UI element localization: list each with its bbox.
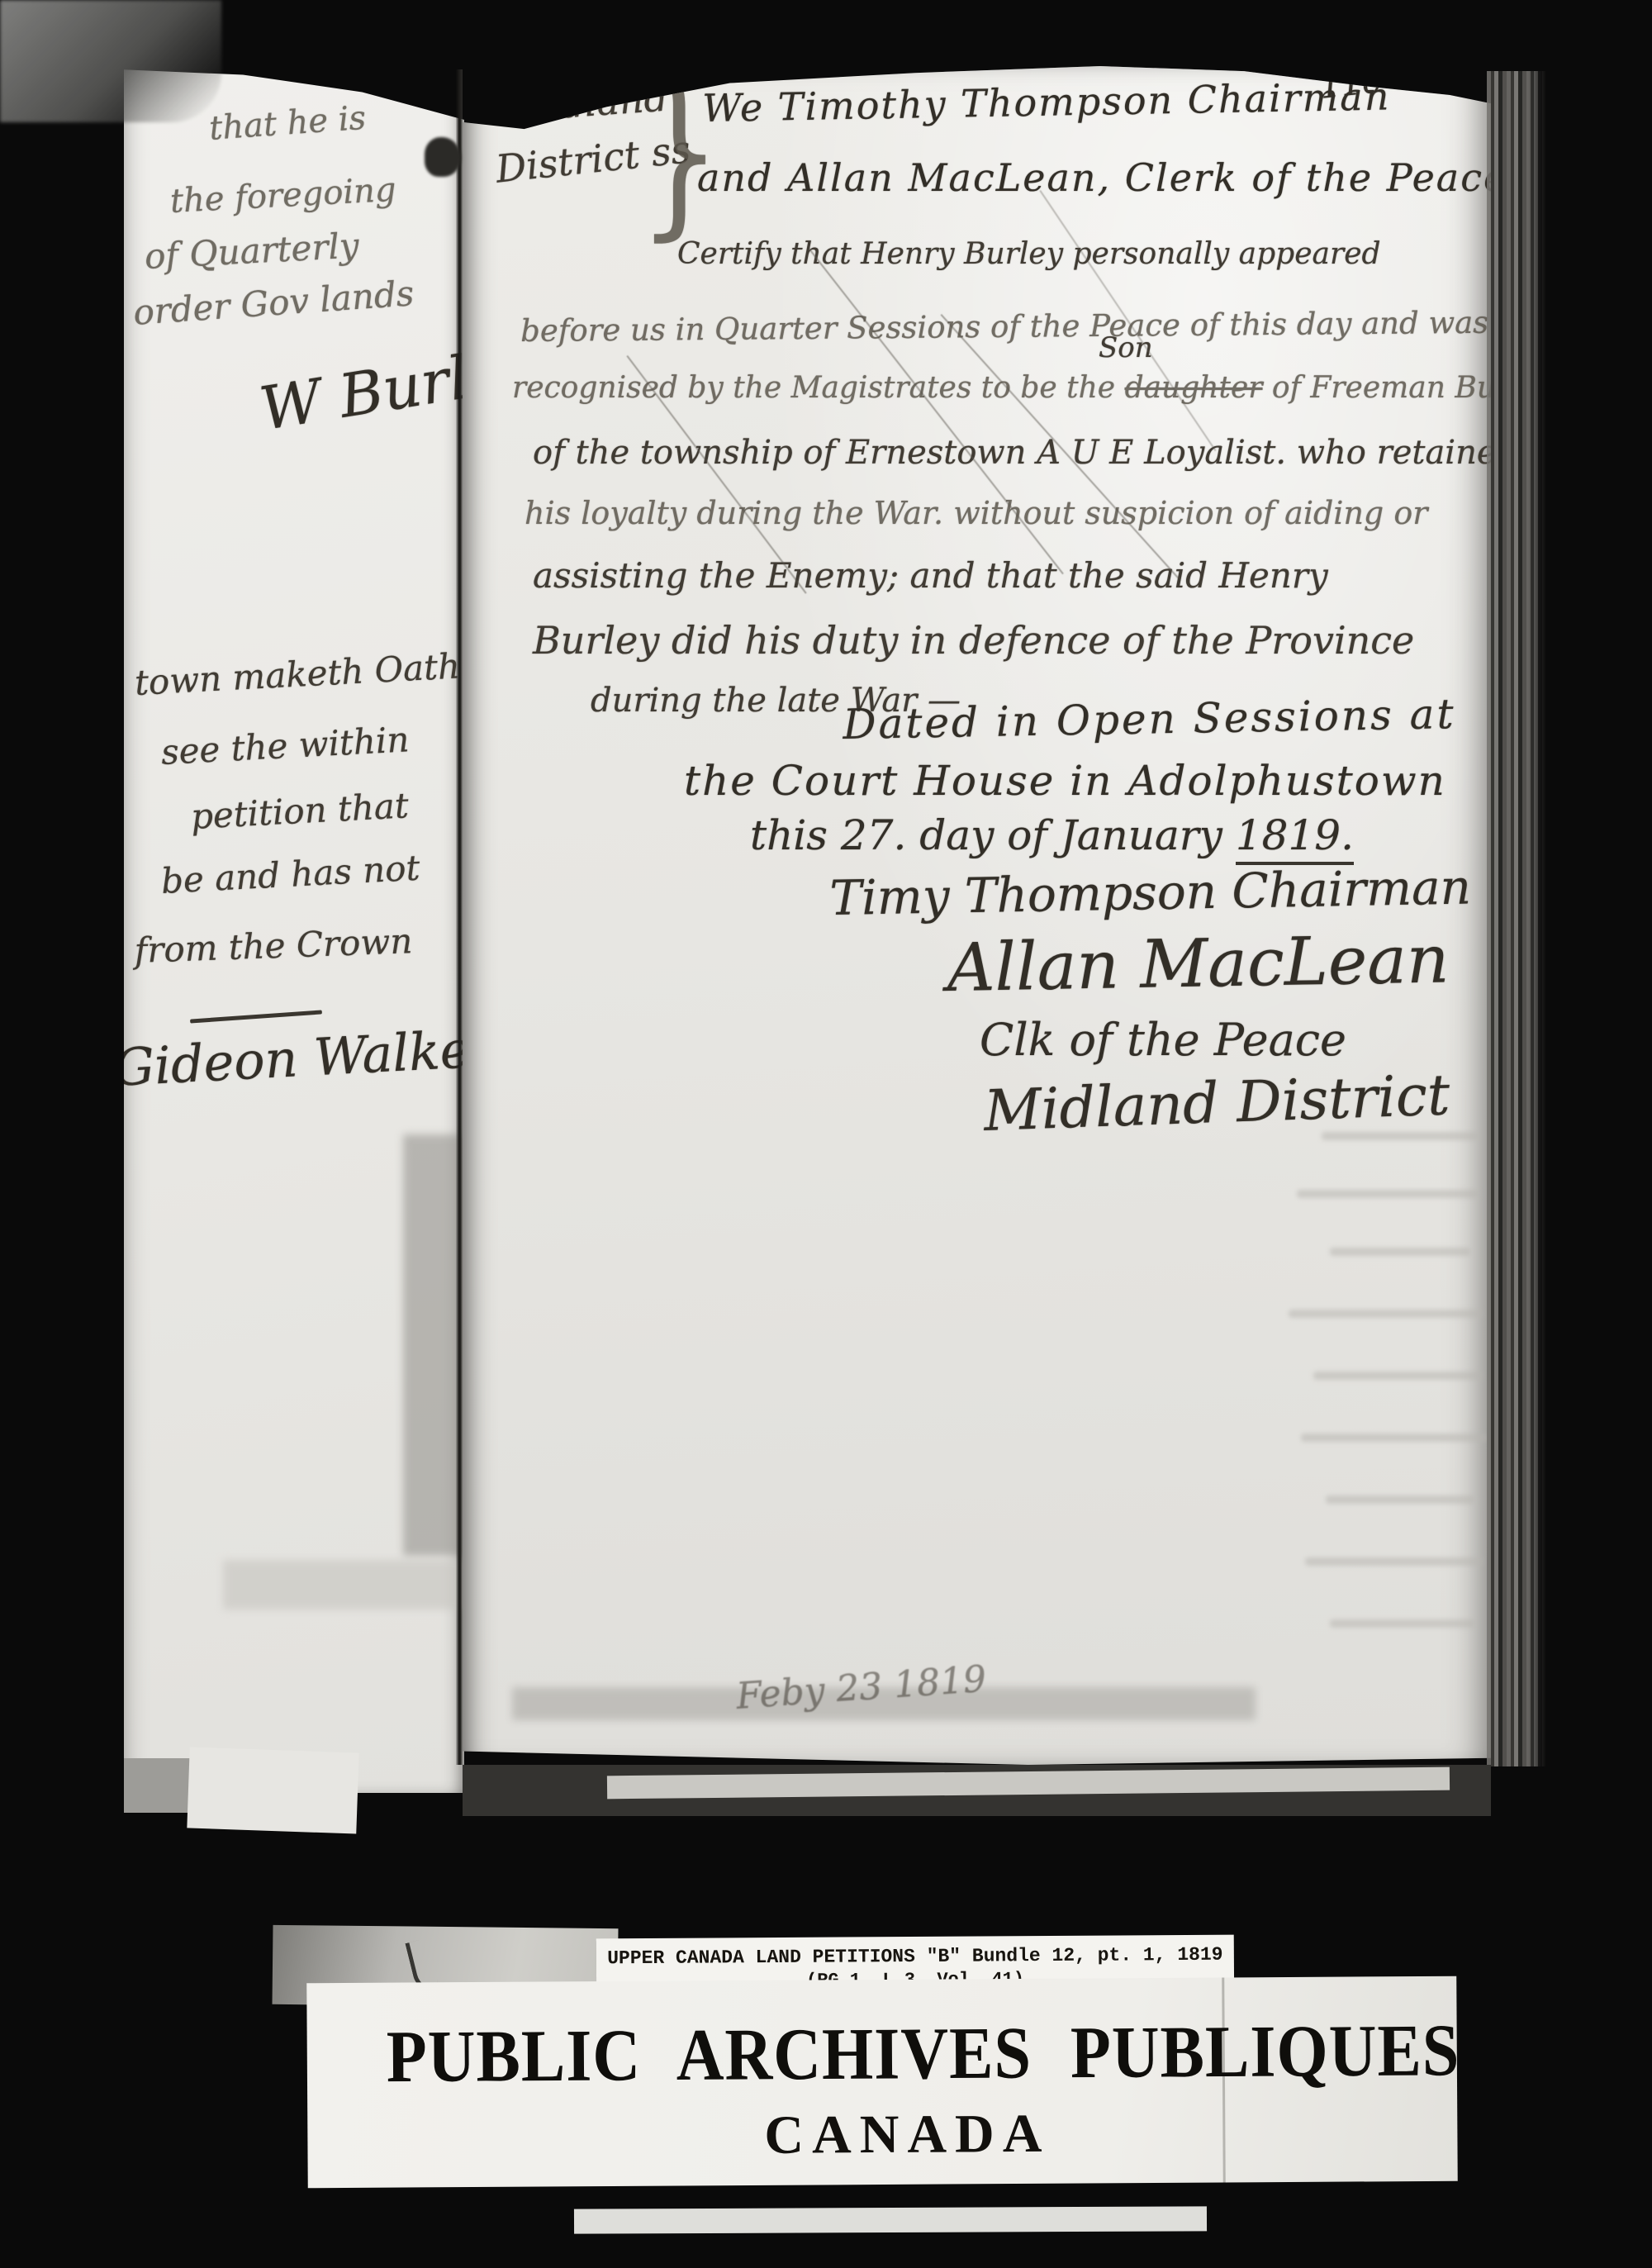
left-page: that he is the foregoing of Quarterly or… xyxy=(124,64,464,1793)
film-smudge xyxy=(223,1560,464,1609)
recognised-prefix: recognised by the Magistrates to be the xyxy=(512,371,1115,405)
petitioner-signature: W Burley xyxy=(256,336,464,439)
bottom-paper-strip xyxy=(574,2206,1207,2233)
bleedthrough-text xyxy=(1297,1190,1479,1198)
bleedthrough-text xyxy=(1301,1434,1487,1442)
left-page-fragment: of Quarterly xyxy=(144,228,360,274)
certificate-line: assisting the Enemy; and that the said H… xyxy=(533,559,1328,593)
oath-fragment: town maketh Oath xyxy=(134,649,461,701)
clerk-title: Clk of the Peace xyxy=(980,1018,1346,1063)
dated-line: the Court House in Adolphustown xyxy=(684,760,1446,801)
bleedthrough-text xyxy=(1305,1557,1483,1566)
left-page-fragment: the foregoing xyxy=(169,174,396,218)
oath-fragment: petition that xyxy=(190,788,410,834)
page-edges xyxy=(1487,71,1546,1766)
archives-subtitle: CANADA xyxy=(387,2100,1427,2170)
dated-day-text: this 27. day of January xyxy=(750,811,1222,859)
archives-title: PUBLIC ARCHIVES PUBLIQUES xyxy=(386,2009,1427,2100)
bleedthrough-text xyxy=(1322,1132,1479,1140)
bleedthrough-text xyxy=(1330,1248,1470,1256)
pen-flourish xyxy=(190,1010,322,1023)
struck-word: daughter xyxy=(1125,371,1263,405)
ink-blot xyxy=(425,137,461,177)
bleedthrough-text xyxy=(1326,1495,1474,1504)
dated-line-with-year: this 27. day of January 1819. xyxy=(750,815,1354,856)
certificate-line: We Timothy Thompson Chairman xyxy=(702,77,1391,127)
certificate-line: his loyalty during the War. without susp… xyxy=(525,497,1427,529)
clerk-district: Midland District xyxy=(983,1067,1450,1140)
dated-line: Dated in Open Sessions at xyxy=(843,693,1456,745)
public-archives-label: PUBLIC ARCHIVES PUBLIQUES CANADA xyxy=(306,1976,1457,2188)
oath-fragment: from the Crown xyxy=(134,924,413,968)
bleedthrough-text xyxy=(1289,1310,1483,1318)
clerk-signature: Allan MacLean xyxy=(947,926,1450,1001)
left-page-fragment: that he is xyxy=(208,102,367,145)
oath-fragment: see the within xyxy=(160,722,410,770)
certificate-line: Burley did his duty in defence of the Pr… xyxy=(533,621,1414,659)
certificate-line: before us in Quarter Sessions of the Pea… xyxy=(520,307,1488,346)
certificate-line: Certify that Henry Burley personally app… xyxy=(677,240,1381,269)
microfilm-frame: that he is the foregoing of Quarterly or… xyxy=(0,0,1652,2268)
oath-fragment: be and has not xyxy=(160,851,420,899)
certificate-page: Midland District ss } 11c We Timothy Tho… xyxy=(463,66,1491,1765)
bleedthrough-text xyxy=(1330,1619,1474,1628)
bleedthrough-text xyxy=(1313,1372,1483,1380)
recognised-suffix: of Freeman Burley xyxy=(1272,371,1491,405)
bundle-reference: UPPER CANADA LAND PETITIONS "B" Bundle 1… xyxy=(596,1943,1234,1971)
certificate-line: and Allan MacLean, Clerk of the Peace xyxy=(697,159,1491,197)
film-smudge xyxy=(403,1134,464,1556)
torn-paper-fragment xyxy=(187,1747,358,1833)
dated-year: 1819. xyxy=(1236,811,1354,865)
film-artifact xyxy=(0,0,221,122)
chairman-signature: Timy Thompson Chairman xyxy=(829,863,1471,922)
book-spine xyxy=(456,69,463,1765)
left-page-fragment: order Gov lands xyxy=(132,276,415,330)
witness-signature: Gideon Walker xyxy=(124,1023,464,1094)
certificate-line: of the township of Ernestown A U E Loyal… xyxy=(533,436,1491,469)
